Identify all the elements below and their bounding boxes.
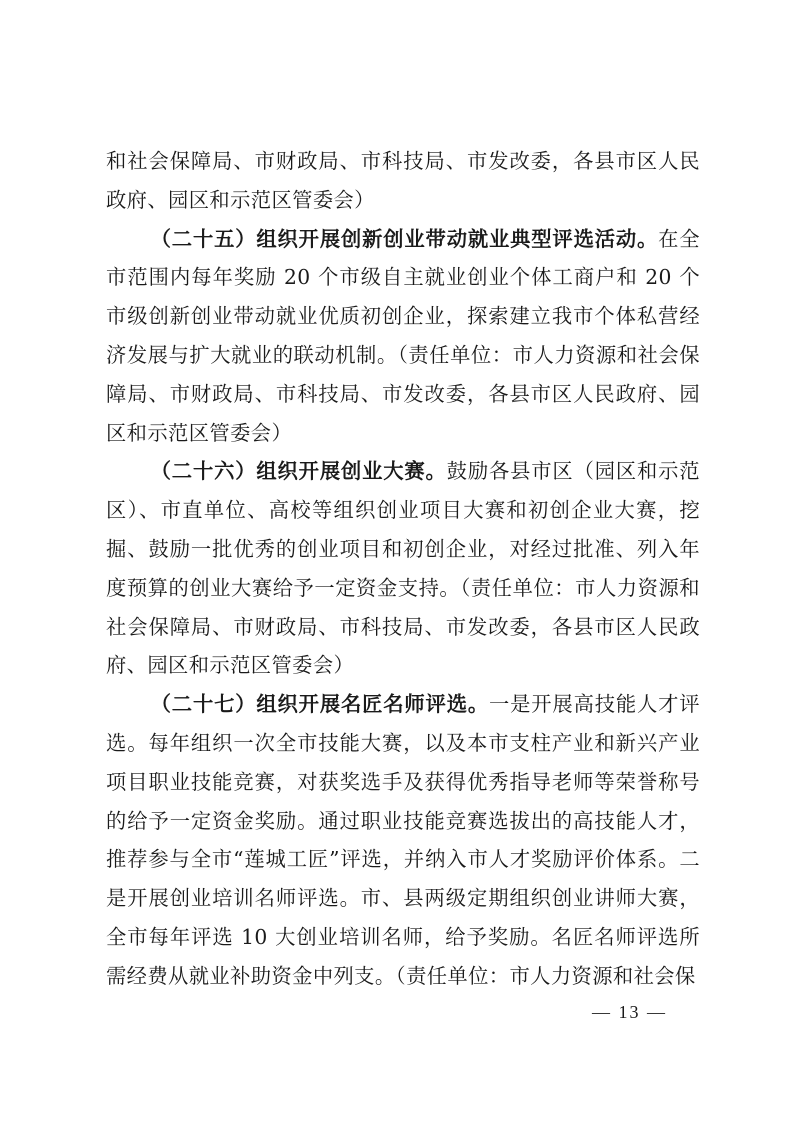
document-page: 和社会保障局、市财政局、市科技局、市发改委，各县市区人民政府、园区和示范区管委会… [106, 142, 700, 996]
paragraph-heading: （二十七）组织开展名匠名师评选。 [151, 692, 489, 716]
paragraph-heading: （二十五）组织开展创新创业带动就业典型评选活动。 [151, 227, 659, 251]
paragraph-heading: （二十六）组织开展创业大赛。 [151, 459, 447, 483]
paragraph-item-25: （二十五）组织开展创新创业带动就业典型评选活动。在全市范围内每年奖励 20 个市… [106, 220, 700, 453]
paragraph-body: 一是开展高技能人才评选。每年组织一次全市技能大赛，以及本市支柱产业和新兴产业项目… [106, 692, 700, 988]
paragraph-body: 在全市范围内每年奖励 20 个市级自主就业创业个体工商户和 20 个市级创新创业… [106, 227, 700, 445]
page-number: — 13 — [592, 1002, 667, 1023]
paragraph-item-26: （二十六）组织开展创业大赛。鼓励各县市区（园区和示范区）、市直单位、高校等组织创… [106, 452, 700, 685]
paragraph-continuation: 和社会保障局、市财政局、市科技局、市发改委，各县市区人民政府、园区和示范区管委会… [106, 142, 700, 220]
paragraph-item-27: （二十七）组织开展名匠名师评选。一是开展高技能人才评选。每年组织一次全市技能大赛… [106, 685, 700, 995]
paragraph-body: 和社会保障局、市财政局、市科技局、市发改委，各县市区人民政府、园区和示范区管委会… [106, 149, 700, 212]
paragraph-body: 鼓励各县市区（园区和示范区）、市直单位、高校等组织创业项目大赛和初创企业大赛，挖… [106, 459, 700, 677]
